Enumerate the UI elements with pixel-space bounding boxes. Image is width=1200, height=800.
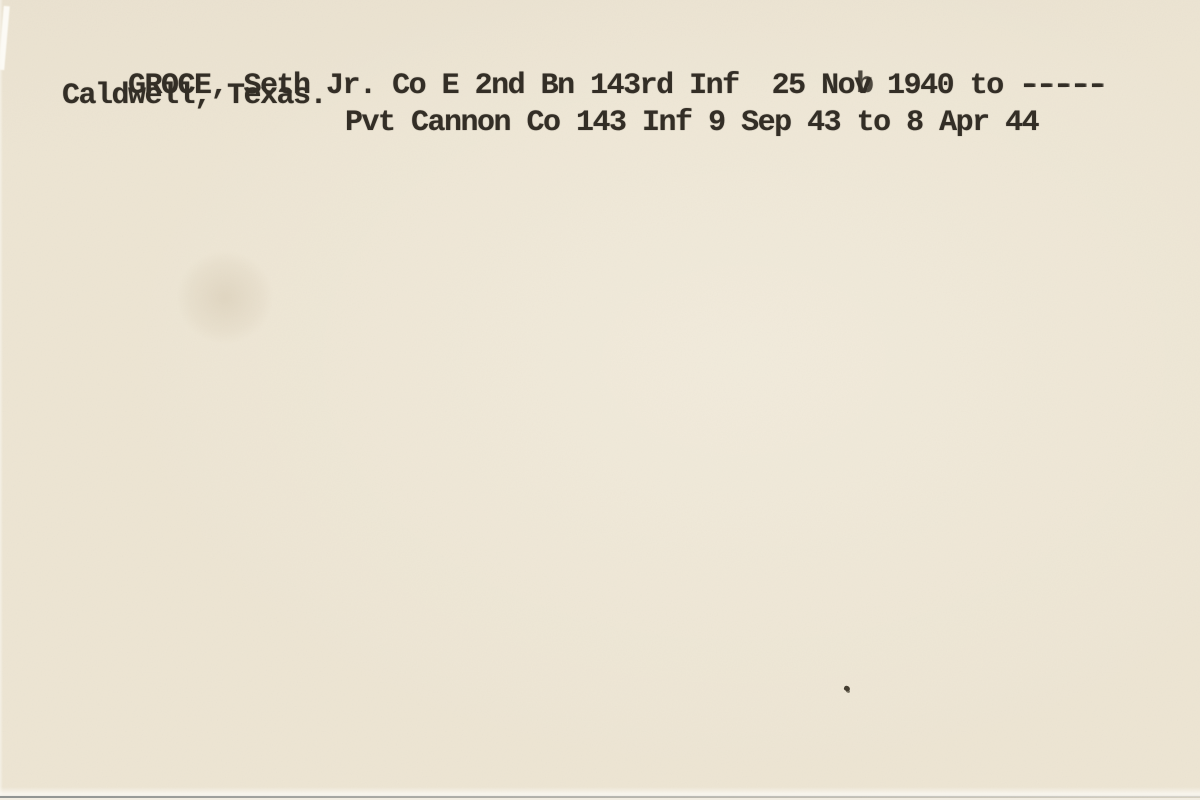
scan-bottom-edge	[0, 787, 1200, 797]
index-card: GROCE, Seth Jr. Co E 2nd Bn 143rd Inf 25…	[0, 0, 1200, 800]
paper-stain-smudge	[160, 235, 290, 360]
line1-text-continued: 1940 to	[871, 69, 1020, 103]
scan-bottom-edge-line	[0, 796, 1200, 798]
typed-line-second-assignment: Pvt Cannon Co 143 Inf 9 Sep 43 to 8 Apr …	[345, 108, 1038, 138]
ink-speck	[843, 685, 851, 692]
card-edge-highlight-left	[0, 0, 3, 800]
overstrike-over-char: b	[856, 70, 873, 100]
card-edge-highlight-topleft	[0, 6, 10, 70]
overstruck-character: vb	[854, 71, 871, 101]
typed-dashes: -----	[1019, 69, 1104, 103]
typed-line-hometown: Caldwell, Texas.	[62, 81, 326, 111]
